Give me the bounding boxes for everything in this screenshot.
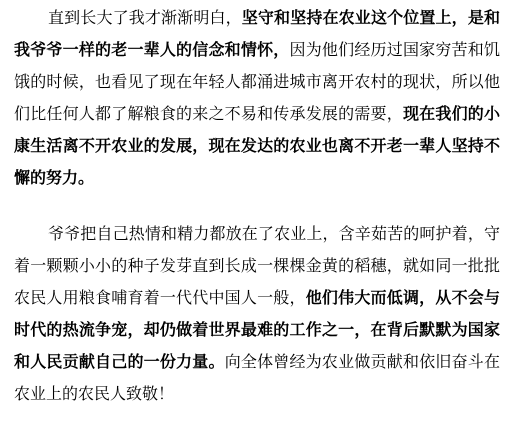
p2-line-5: 和人民贡献自己的一份力量。向全体曾经为农业做贡献和依旧奋斗在 — [14, 352, 500, 372]
p1-line-4: 们比任何人都了解粮食的来之不易和传承发展的需要，现在我们的小 — [14, 104, 500, 124]
text-run: 爷爷把自己热情和精力都放在了农业上，含辛茹苦的呵护着，守 — [48, 224, 500, 243]
bold-run: 我爷爷一样的老一辈人的信念和情怀， — [14, 40, 290, 59]
text-run: 们比任何人都了解粮食的来之不易和传承发展的需要， — [14, 104, 403, 123]
p2-line-6: 农业上的农民人致敬！ — [14, 384, 174, 404]
bold-run: 现在我们的小 — [403, 104, 500, 123]
p1-line-5: 康生活离不开农业的发展，现在发达的农业也离不开老一辈人坚持不 — [14, 136, 500, 156]
text-run: 向全体曾经为农业做贡献和依旧奋斗在 — [225, 352, 500, 371]
bold-run: 时代的热流争宠，却仍做着世界最难的工作之一，在背后默默为国家 — [14, 320, 500, 339]
p2-line-1: 爷爷把自己热情和精力都放在了农业上，含辛茹苦的呵护着，守 — [14, 224, 500, 244]
text-run: 因为他们经历过国家穷苦和饥 — [290, 40, 500, 59]
p2-line-3: 农民人用粮食哺育着一代代中国人一般，他们伟大而低调，从不会与 — [14, 288, 500, 308]
p1-line-2: 我爷爷一样的老一辈人的信念和情怀，因为他们经历过国家穷苦和饥 — [14, 40, 500, 60]
text-run: 着一颗颗小小的种子发芽直到长成一棵棵金黄的稻穗，就如同一批批 — [14, 256, 500, 275]
p2-line-2: 着一颗颗小小的种子发芽直到长成一棵棵金黄的稻穗，就如同一批批 — [14, 256, 500, 276]
bold-run: 康生活离不开农业的发展，现在发达的农业也离不开老一辈人坚持不 — [14, 136, 500, 155]
bold-run: 懈的努力。 — [14, 168, 94, 187]
text-run: 饿的时候，也看见了现在年轻人都涌进城市离开农村的现状，所以他 — [14, 72, 500, 91]
p2-line-4: 时代的热流争宠，却仍做着世界最难的工作之一，在背后默默为国家 — [14, 320, 500, 340]
p1-line-3: 饿的时候，也看见了现在年轻人都涌进城市离开农村的现状，所以他 — [14, 72, 500, 92]
p1-line-6: 懈的努力。 — [14, 168, 94, 188]
p1-line-1: 直到长大了我才渐渐明白，坚守和坚持在农业这个位置上，是和 — [14, 8, 500, 28]
bold-run: 和人民贡献自己的一份力量。 — [14, 352, 225, 371]
text-run: 农民人用粮食哺育着一代代中国人一般， — [14, 288, 306, 307]
bold-run: 他们伟大而低调，从不会与 — [306, 288, 500, 307]
bold-run: 坚守和坚持在农业这个位置上，是和 — [242, 8, 500, 27]
text-run: 直到长大了我才渐渐明白， — [48, 8, 242, 27]
text-run: 农业上的农民人致敬！ — [14, 384, 174, 403]
